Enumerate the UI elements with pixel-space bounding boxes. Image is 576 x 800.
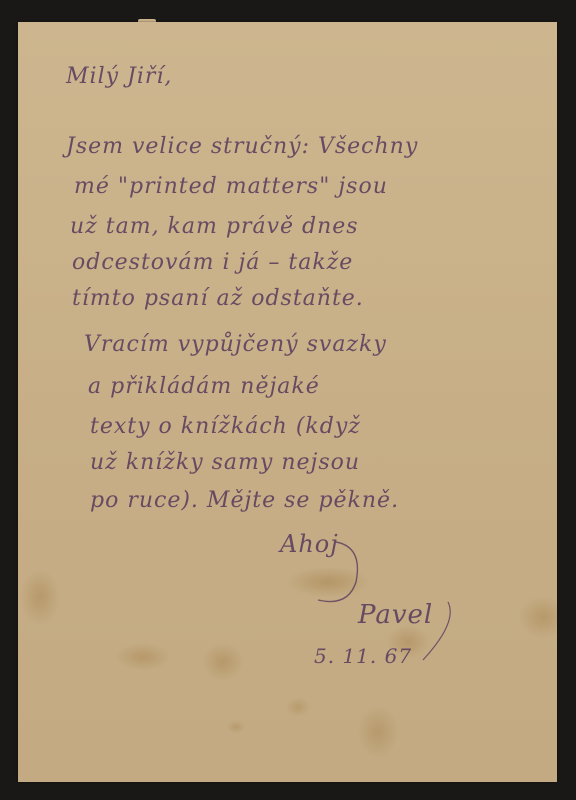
ink-flourishes — [18, 22, 557, 782]
letter-paper: Milý Jiří, Jsem velice stručný: Všechny … — [18, 22, 557, 782]
